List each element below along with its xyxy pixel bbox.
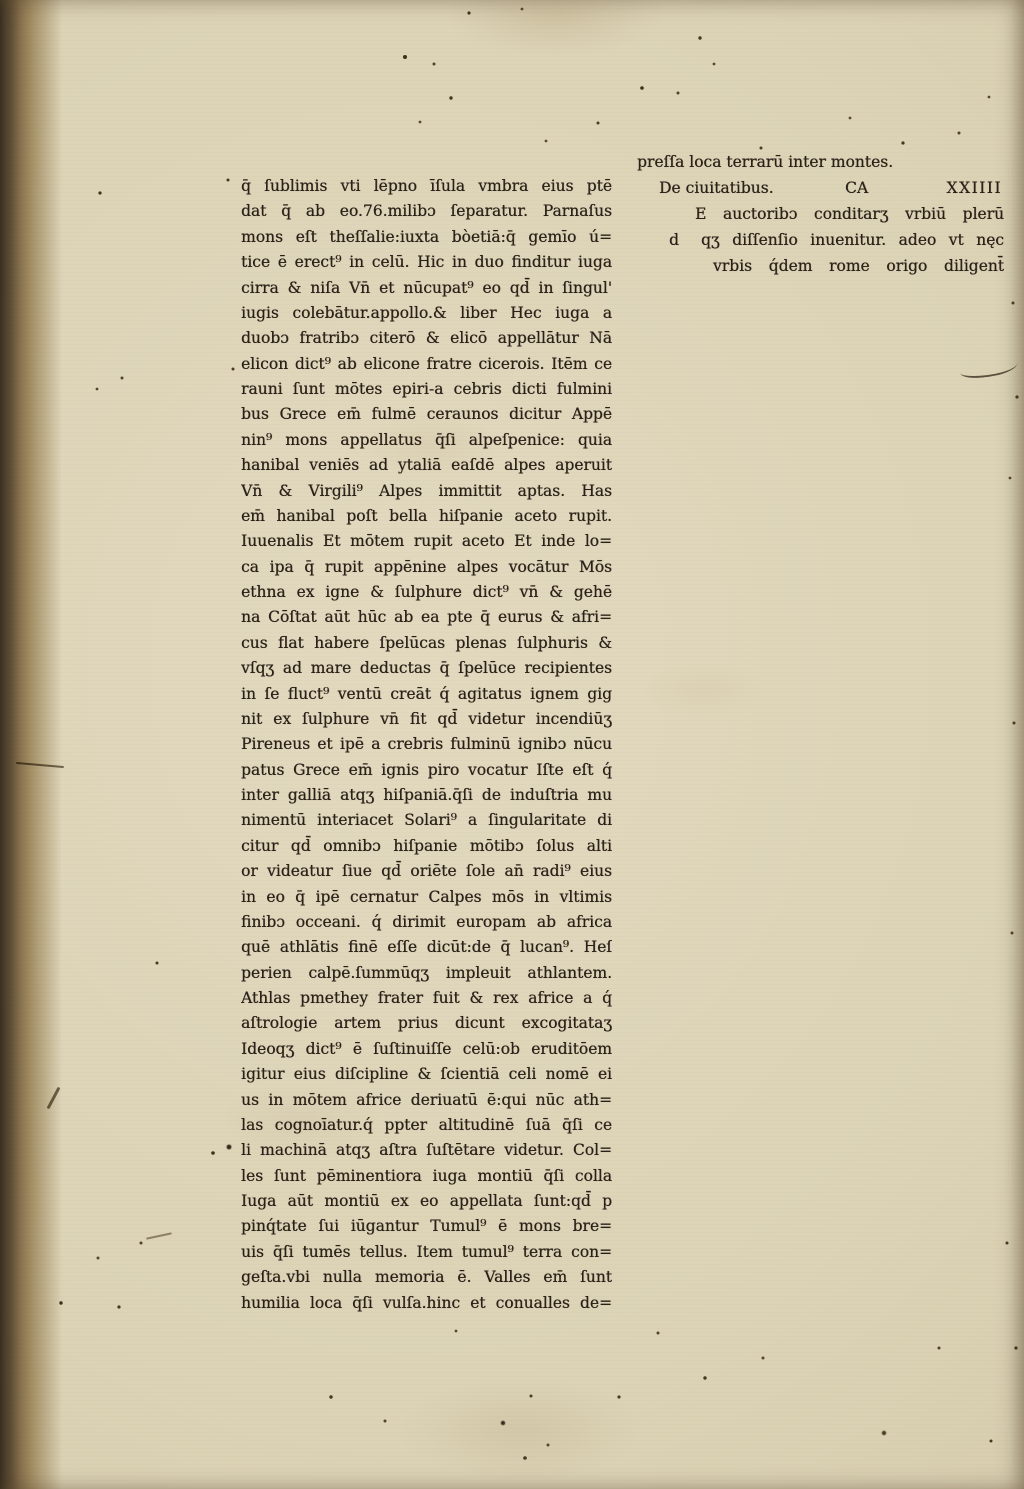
text-line: humilia loca q̄ſi vulſa.hinc et conualle… — [241, 1291, 612, 1316]
chapter-heading: De ciuitatibus. CA XXIIII — [637, 176, 1004, 202]
text-line: Pireneus et ipē a crebris fulminū ignibɔ… — [241, 732, 612, 757]
text-line: Iuuenalis Et mōtem rupit aceto Et inde l… — [241, 529, 612, 554]
text-line: elicon dict⁹ ab elicone fratre cicerois.… — [241, 352, 612, 377]
text-line: geſta.vbi nulla memoria ē. Valles em̄ ſu… — [241, 1265, 612, 1290]
text-line: uis q̄ſi tumēs tellus. Item tumul⁹ terra… — [241, 1240, 612, 1265]
text-line: us in mōtem africe deriuatū ē:qui nūc at… — [241, 1088, 612, 1113]
text-line: Athlas pmethey frater fuit & rex africe … — [241, 986, 612, 1011]
text-line: las cognoīatur.q́ ppter altitudinē ſuā q… — [241, 1113, 612, 1138]
text-line: finibɔ occeani. q́ dirimit europam ab af… — [241, 910, 612, 935]
text-line: in ſe fluct⁹ ventū creāt q́ agitatus ign… — [241, 682, 612, 707]
left-text-column: q̄ ſublimis vti lēpno īſula vmbra eius p… — [241, 174, 612, 1316]
text-line: nit ex ſulphure vn̄ fit qd̄ videtur ince… — [241, 707, 612, 732]
chapter-title: De ciuitatibus. — [637, 179, 774, 197]
text-line: mons eſt theſſalie:iuxta bòetiā:q̄ gemīo… — [241, 225, 612, 250]
text-line: patus Grece em̄ ignis piro vocatur Iſte … — [241, 758, 612, 783]
text-line: or videatur ſiue qd̄ oriēte ſole an̄ rad… — [241, 859, 612, 884]
text-line: rauni ſunt mōtes epiri-a cebris dicti fu… — [241, 377, 612, 402]
scratch-mark — [16, 762, 64, 768]
text-line: quē athlātis finē eſſe dicūt:de q̄ lucan… — [241, 935, 612, 960]
text-line: q̄ ſublimis vti lēpno īſula vmbra eius p… — [241, 174, 612, 199]
text-line: hanibal veniēs ad ytaliā eaſdē alpes ape… — [241, 453, 612, 478]
paragraph-opening-line: E auctoribɔ conditarʒ vrbiū plerū — [637, 202, 1004, 228]
text-line: dat q̄ ab eo.76.milibɔ ſeparatur. Parnaſ… — [241, 199, 612, 224]
continuation-line: preſſa loca terrarū inter montes. — [637, 150, 1004, 176]
text-line: ethna ex igne & ſulphure dict⁹ vn̄ & geh… — [241, 580, 612, 605]
right-text-column: preſſa loca terrarū inter montes. De ciu… — [637, 150, 1004, 279]
text-line: perien calpē.ſummūqʒ impleuit athlantem. — [241, 961, 612, 986]
initial-guide-letter: d — [669, 228, 679, 254]
text-line: li machinā atqʒ aſtra ſuſtētare videtur.… — [241, 1138, 612, 1163]
text-line: cus flat habere ſpelūcas plenas ſulphuri… — [241, 631, 612, 656]
text-line: nimentū interiacet Solari⁹ a ſingularita… — [241, 808, 612, 833]
text-line: duobɔ fratribɔ citerō & elicō appellātur… — [241, 326, 612, 351]
text-line: na Cōſtat aūt hūc ab ea pte q̄ eurus & a… — [241, 605, 612, 630]
text-line: inter galliā atqʒ hiſpaniā.q̄ſi de induſ… — [241, 783, 612, 808]
text-line: les ſunt pēminentiora iuga montiū q̄ſi c… — [241, 1164, 612, 1189]
text-line: nin⁹ mons appellatus q̄ſi alpeſpenice: q… — [241, 428, 612, 453]
ink-specks — [0, 0, 2, 2]
paragraph-opening-line: vrbis q́dem rome origo diligent̄ — [637, 254, 1004, 280]
text-line: in eo q̄ ipē cernatur Calpes mōs in vlti… — [241, 885, 612, 910]
opening-line-text: qʒ diſſenſio inuenitur. adeo vt nęc — [701, 231, 1004, 249]
text-line: ca ipa q̄ rupit appēnine alpes vocātur M… — [241, 555, 612, 580]
text-line: Iuga aūt montiū ex eo appellata ſunt:qd̄… — [241, 1189, 612, 1214]
pen-flourish-mark — [960, 361, 1019, 379]
text-line: Vn̄ & Virgili⁹ Alpes immittit aptas. Has — [241, 479, 612, 504]
book-page: q̄ ſublimis vti lēpno īſula vmbra eius p… — [0, 0, 1024, 1489]
text-line: em̄ hanibal poſt bella hiſpanie aceto ru… — [241, 504, 612, 529]
text-line: pinq́tate ſui iūgantur Tumul⁹ ē mons bre… — [241, 1214, 612, 1239]
text-line: Ideoqʒ dict⁹ ē ſuſtinuiſſe celū:ob erudi… — [241, 1037, 612, 1062]
chapter-number: XXIIII — [946, 176, 1002, 202]
book-binding-gutter — [0, 0, 62, 1489]
paragraph-opening-line: d qʒ diſſenſio inuenitur. adeo vt nęc — [637, 228, 1004, 254]
scratch-mark — [146, 1232, 172, 1239]
text-line: iugis colebātur.appollo.& liber Hec iuga… — [241, 301, 612, 326]
text-line: igitur eius diſcipline & ſcientiā celi n… — [241, 1062, 612, 1087]
text-line: citur qd̄ omnibɔ hiſpanie mōtibɔ ſolus a… — [241, 834, 612, 859]
text-line: tice ē erect⁹ in celū. Hic in duo findit… — [241, 250, 612, 275]
chapter-ca-label: CA — [845, 176, 868, 202]
text-line: bus Grece em̄ fulmē ceraunos dicitur App… — [241, 402, 612, 427]
text-line: aſtrologie artem prius dicunt excogitata… — [241, 1011, 612, 1036]
text-line: cirra & niſa Vn̄ et nūcupat⁹ eo qd̄ in ſ… — [241, 276, 612, 301]
scratch-mark — [47, 1087, 61, 1110]
text-line: vſqʒ ad mare deductas q̄ ſpelūce recipie… — [241, 656, 612, 681]
